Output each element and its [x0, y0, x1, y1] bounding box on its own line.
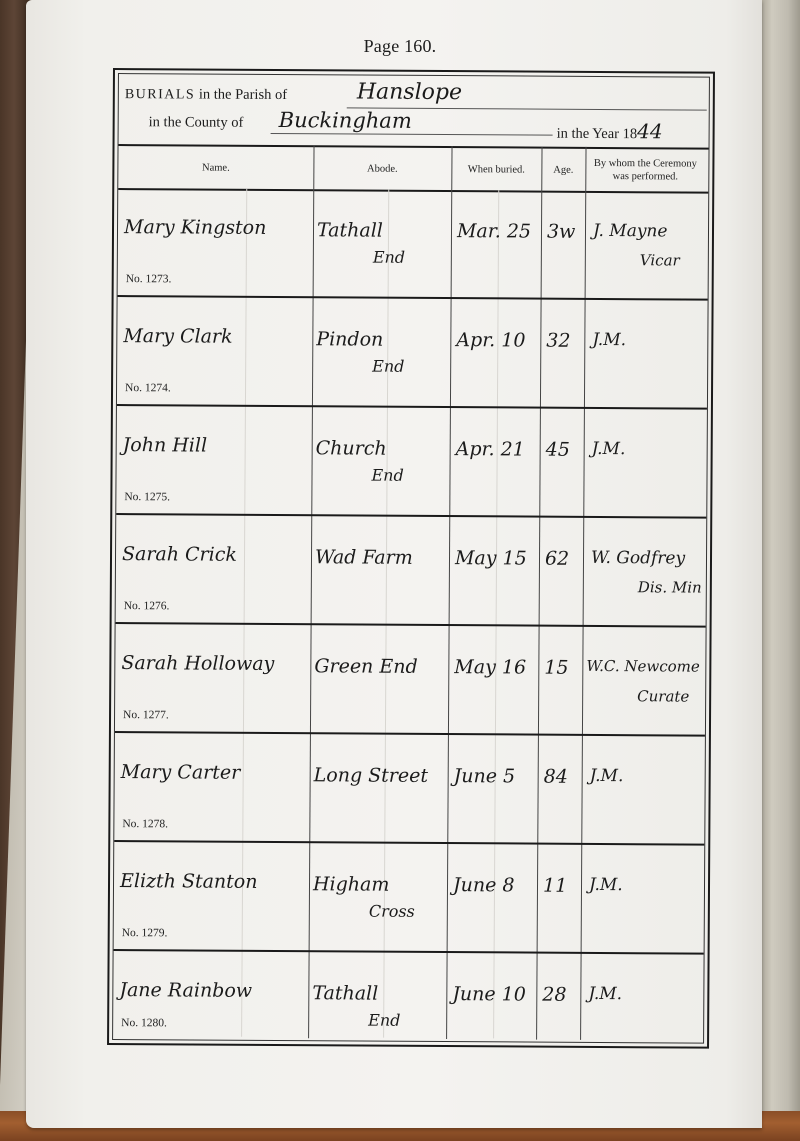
entry-date-cell: May 15 — [449, 517, 540, 625]
entry-by-whom: W.C. Newcome — [586, 657, 700, 676]
entry-abode: Pindon — [316, 328, 383, 350]
entry-by-whom: J.M. — [589, 875, 623, 895]
entry-by-whom: J.M. — [588, 984, 622, 1004]
entry-when-buried: June 8 — [453, 874, 515, 896]
entry-by-whom-cell: J.M. — [581, 845, 702, 953]
register-inner-frame: BURIALS in the Parish of Hanslope in the… — [112, 73, 710, 1044]
entry-when-buried: June 10 — [452, 983, 526, 1005]
entry-when-buried: Apr. 10 — [456, 329, 525, 351]
column-header-age: Age. — [541, 149, 585, 191]
entry-abode-cell: Green End — [310, 625, 449, 733]
entry-age: 84 — [544, 766, 568, 788]
entry-age-cell: 45 — [539, 409, 584, 516]
entry-date-cell: June 10 — [446, 953, 537, 1038]
entry-age: 15 — [544, 657, 568, 679]
burial-entry: Sarah Holloway No. 1277. Green End May 1… — [115, 624, 706, 737]
entry-number: No. 1273. — [126, 273, 172, 285]
entry-name-cell: Mary Kingston No. 1273. — [118, 188, 314, 296]
column-header-name: Name. — [118, 146, 313, 189]
entry-by-whom: J.M. — [590, 766, 624, 786]
entry-by-whom-cell: J. Mayne Vicar — [585, 191, 706, 299]
entry-abode-line2: End — [373, 248, 405, 267]
entry-date-cell: June 8 — [447, 844, 538, 952]
entry-name-cell: Sarah Crick No. 1276. — [116, 515, 312, 623]
entry-when-buried: Apr. 21 — [456, 438, 525, 460]
entry-name: John Hill — [123, 434, 208, 457]
entry-abode-line2: End — [372, 357, 404, 376]
entry-by-whom-cell: J.M. — [581, 736, 702, 844]
entry-name-cell: Mary Carter No. 1278. — [114, 733, 310, 841]
entry-date-cell: Apr. 21 — [449, 408, 540, 516]
column-header-abode: Abode. — [313, 147, 451, 190]
entry-by-whom-line2: Vicar — [640, 251, 680, 269]
entry-number: No. 1278. — [122, 818, 168, 830]
entry-by-whom-cell: J.M. — [580, 954, 701, 1039]
county-label: in the County of — [149, 114, 244, 131]
entry-number: No. 1279. — [122, 927, 168, 939]
entry-abode-cell: Higham Cross — [309, 843, 448, 951]
burial-entry: Elizth Stanton No. 1279. Higham Cross Ju… — [114, 842, 705, 955]
entry-abode: Tathall — [312, 982, 378, 1004]
entry-abode: Church — [316, 437, 387, 459]
entry-name: Sarah Holloway — [121, 652, 274, 675]
entry-abode: Green End — [314, 655, 417, 678]
entry-name: Mary Kingston — [124, 216, 267, 239]
entry-by-whom-cell: W. Godfrey Dis. Min — [583, 518, 704, 626]
facing-page-edge — [760, 0, 800, 1141]
title-burials: BURIALS — [125, 87, 195, 102]
entry-when-buried: May 16 — [454, 656, 526, 678]
entry-by-whom-line2: Curate — [637, 687, 689, 705]
entry-abode: Wad Farm — [315, 546, 413, 569]
entry-number: No. 1277. — [123, 709, 169, 721]
entry-age-cell: 84 — [537, 736, 582, 843]
entry-number: No. 1275. — [124, 491, 170, 503]
entry-age: 45 — [546, 439, 570, 461]
burial-entry: Mary Carter No. 1278. Long Street June 5… — [114, 733, 705, 846]
entry-when-buried: May 15 — [455, 547, 527, 569]
entry-number: No. 1280. — [121, 1017, 167, 1029]
entry-name: Elizth Stanton — [120, 870, 258, 893]
register-title-block: BURIALS in the Parish of Hanslope in the… — [119, 74, 709, 146]
entry-by-whom-cell: W.C. Newcome Curate — [582, 627, 703, 735]
column-header-when-buried: When buried. — [451, 148, 541, 191]
entry-name: Mary Carter — [121, 761, 241, 784]
entry-abode-cell: Tathall End — [308, 952, 447, 1037]
entry-age: 28 — [542, 984, 566, 1006]
entry-abode: Long Street — [314, 764, 428, 787]
entry-date-cell: June 5 — [447, 735, 538, 843]
entry-by-whom: J.M. — [592, 439, 626, 459]
page-number: Page 160. — [0, 36, 800, 57]
entry-name-cell: Mary Clark No. 1274. — [117, 297, 313, 405]
entry-name: Sarah Crick — [122, 543, 237, 566]
burial-entry: Mary Kingston No. 1273. Tathall End Mar.… — [118, 188, 709, 301]
entry-when-buried: June 5 — [454, 765, 516, 787]
entry-age-cell: 3w — [541, 191, 586, 298]
entry-abode-cell: Church End — [311, 407, 450, 515]
entry-age: 11 — [543, 875, 567, 897]
entry-name: Jane Rainbow — [119, 979, 252, 1002]
entry-name-cell: Jane Rainbow No. 1280. — [113, 951, 309, 1036]
entry-abode-line2: End — [368, 1011, 400, 1030]
entry-abode: Tathall — [317, 219, 383, 241]
year-label: in the Year 18 — [557, 126, 638, 142]
parish-label: in the Parish of — [199, 87, 287, 104]
burial-entry: Mary Clark No. 1274. Pindon End Apr. 10 … — [117, 297, 708, 410]
entry-abode: Higham — [313, 873, 390, 895]
entry-age-cell: 28 — [536, 954, 581, 1038]
title-line-parish: BURIALS in the Parish of — [125, 86, 287, 104]
entry-by-whom: J.M. — [592, 330, 626, 350]
burial-entry: Sarah Crick No. 1276. Wad Farm May 15 62… — [116, 515, 707, 628]
parish-value: Hanslope — [357, 79, 462, 105]
entry-name: Mary Clark — [123, 325, 232, 348]
entry-by-whom: W. Godfrey — [591, 548, 685, 569]
entry-age-cell: 32 — [540, 300, 585, 407]
burial-register-table: BURIALS in the Parish of Hanslope in the… — [107, 68, 715, 1049]
burial-entry: Jane Rainbow No. 1280. Tathall End June … — [113, 951, 704, 1039]
title-line-county: in the County of — [149, 114, 244, 132]
entry-name-cell: Elizth Stanton No. 1279. — [114, 842, 310, 950]
entry-number: No. 1274. — [125, 382, 171, 394]
column-header-row: Name. Abode. When buried. Age. By whom t… — [118, 144, 708, 194]
entry-by-whom: J. Mayne — [593, 221, 668, 241]
year-value: 44 — [637, 119, 663, 143]
entry-name-cell: Sarah Holloway No. 1277. — [115, 624, 311, 732]
entry-date-cell: Mar. 25 — [451, 190, 542, 298]
entry-by-whom-cell: J.M. — [583, 409, 704, 517]
entry-age: 62 — [545, 548, 569, 570]
entry-age-cell: 15 — [538, 627, 583, 734]
entry-when-buried: Mar. 25 — [457, 220, 531, 242]
entry-by-whom-line2: Dis. Min — [638, 578, 702, 596]
column-header-by-whom: By whom the Ceremony was performed. — [585, 149, 705, 192]
entry-by-whom-cell: J.M. — [584, 300, 705, 408]
entry-abode-cell: Tathall End — [313, 189, 452, 297]
entry-date-cell: May 16 — [448, 626, 539, 734]
county-value: Buckingham — [279, 108, 412, 133]
entry-abode-cell: Pindon End — [312, 298, 451, 406]
entry-abode-line2: Cross — [369, 902, 415, 921]
entry-abode-cell: Long Street — [309, 734, 448, 842]
entry-age: 32 — [546, 330, 570, 352]
entry-age: 3w — [547, 221, 575, 243]
entry-abode-line2: End — [371, 466, 403, 485]
burial-entry: John Hill No. 1275. Church End Apr. 21 4… — [116, 406, 707, 519]
entry-abode-cell: Wad Farm — [311, 516, 450, 624]
entry-name-cell: John Hill No. 1275. — [116, 406, 312, 514]
entry-age-cell: 11 — [537, 845, 582, 952]
entry-number: No. 1276. — [124, 600, 170, 612]
entry-age-cell: 62 — [539, 518, 584, 625]
year-label-wrap: in the Year 1844 — [557, 119, 663, 144]
entry-date-cell: Apr. 10 — [450, 299, 541, 407]
county-fill-line — [271, 133, 553, 136]
